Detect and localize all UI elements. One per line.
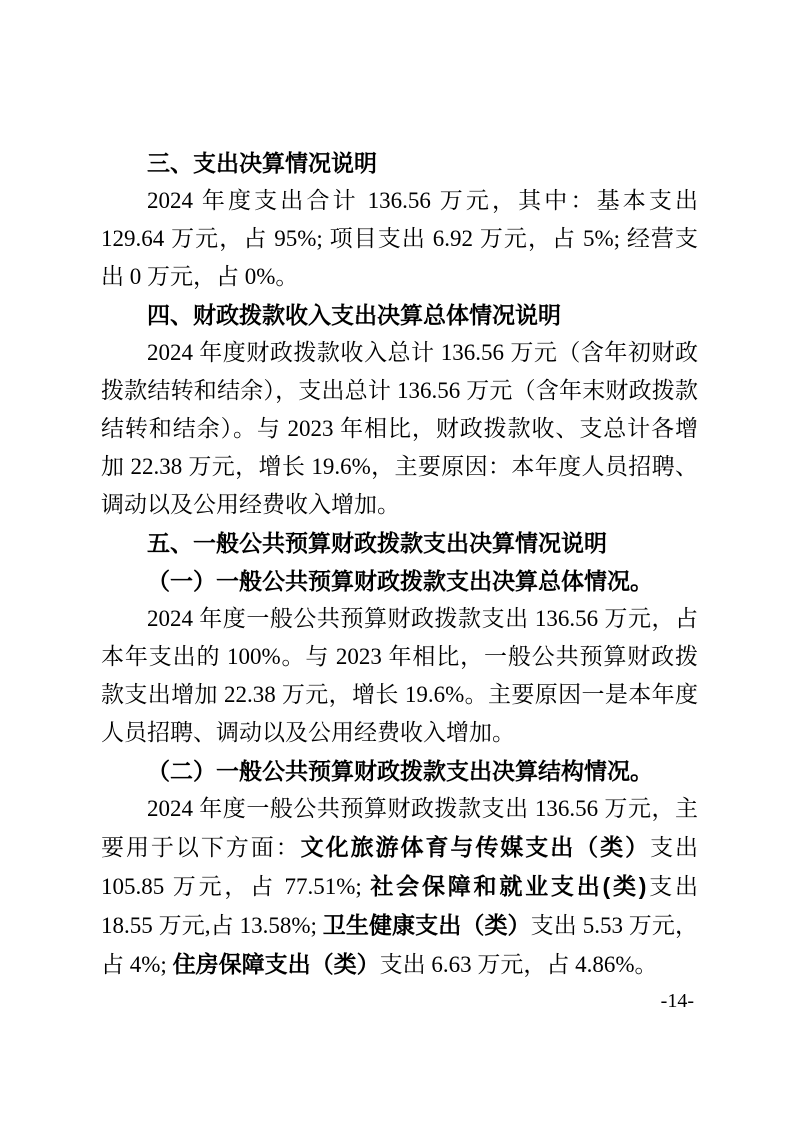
text-run: 支出 6.63 万元，占 4.86%。 — [380, 952, 658, 977]
text-run-bold-social-security: 社会保障和就业支出(类) — [370, 873, 646, 899]
text-run-bold-housing: 住房保障支出（类） — [173, 951, 380, 977]
document-content: 三、支出决算情况说明 2024 年度支出合计 136.56 万元，其中：基本支出… — [101, 144, 698, 984]
paragraph-general-budget-overall: 2024 年度一般公共预算财政拨款支出 136.56 万元，占本年支出的 100… — [101, 600, 698, 752]
section-heading-fiscal-appropriation-overall: 四、财政拨款收入支出决算总体情况说明 — [101, 296, 698, 334]
paragraph-fiscal-appropriation-overall: 2024 年度财政拨款收入总计 136.56 万元（含年初财政拨款结转和结余），… — [101, 334, 698, 524]
subsection-heading-overall-situation: （一）一般公共预算财政拨款支出决算总体情况。 — [101, 562, 698, 600]
text-run-bold-health: 卫生健康支出（类） — [323, 912, 531, 938]
subsection-heading-structure-situation: （二）一般公共预算财政拨款支出决算结构情况。 — [101, 752, 698, 790]
paragraph-expenditure-structure: 2024 年度一般公共预算财政拨款支出 136.56 万元，主要用于以下方面：文… — [101, 790, 698, 984]
text-run-bold-culture-tourism: 文化旅游体育与传媒支出（类） — [301, 834, 650, 860]
section-heading-general-public-budget-expenditure: 五、一般公共预算财政拨款支出决算情况说明 — [101, 524, 698, 562]
paragraph-expenditure-summary: 2024 年度支出合计 136.56 万元，其中：基本支出 129.64 万元，… — [101, 182, 698, 296]
page-number: -14- — [661, 990, 694, 1012]
section-heading-expenditure-final-accounts: 三、支出决算情况说明 — [101, 144, 698, 182]
document-page: 三、支出决算情况说明 2024 年度支出合计 136.56 万元，其中：基本支出… — [0, 0, 793, 1122]
